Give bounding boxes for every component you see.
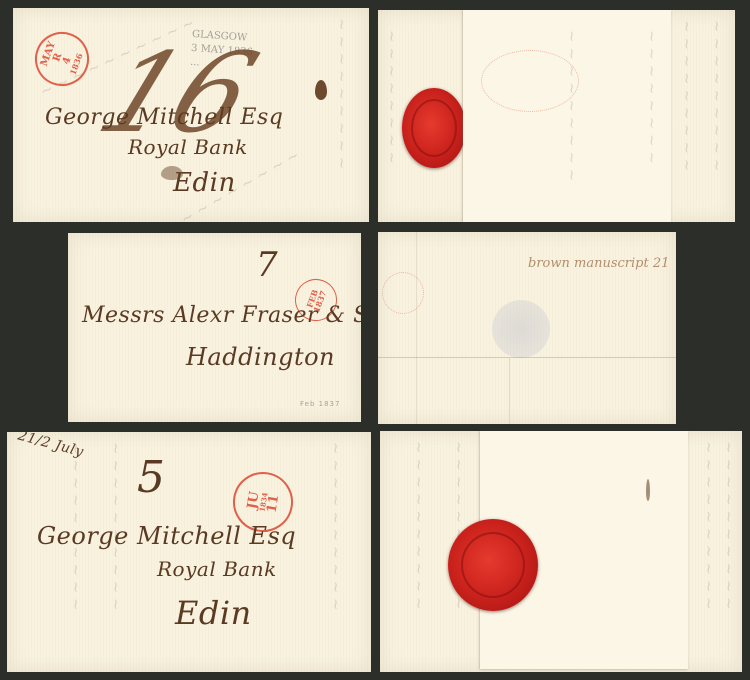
show-through-writing: ~ ~ ~ ~ ~ ~ ~ ~ ~ bbox=[678, 20, 696, 171]
ink-smudge bbox=[161, 166, 183, 180]
red-wax-seal bbox=[402, 88, 466, 168]
ink-blot bbox=[315, 80, 327, 100]
fold-line-horizontal bbox=[378, 357, 676, 358]
letter-1-back: ~ ~ ~ ~ ~ ~ ~ ~ ~ ~ ~ ~ ~ ~ ~ ~ ~ ~ ~ ~ … bbox=[378, 10, 735, 222]
letter-1-back-flap: ~ ~ ~ ~ ~ ~ ~ ~ ~ ~ ~ ~ ~ ~ ~ ~ ~ bbox=[463, 10, 671, 222]
address-line-name: George Mitchell Esq bbox=[45, 105, 283, 130]
address-line-town: Haddington bbox=[186, 343, 335, 371]
show-through-writing: ~ ~ ~ ~ ~ ~ ~ ~ ~ bbox=[333, 18, 351, 169]
faint-red-postmark bbox=[382, 272, 424, 314]
letter-1-front: ~ ~ ~ ~ ~ ~ ~ ~ ~ ~ ~ ~ ~ ~ ~ ~ ~ ~ ~ ~ … bbox=[13, 8, 369, 222]
address-line-name: George Mitchell Esq bbox=[37, 522, 296, 550]
fold-line-vertical bbox=[416, 232, 417, 424]
show-through-writing: ~ ~ ~ ~ ~ ~ ~ ~ ~ ~ bbox=[700, 441, 718, 610]
address-line-town: Edin bbox=[175, 594, 252, 632]
show-through-writing: ~ ~ ~ ~ ~ ~ ~ ~ ~ bbox=[563, 30, 581, 181]
letter-3-front: ~ ~ ~ ~ ~ ~ ~ ~ ~ ~ ~ ~ ~ ~ ~ ~ ~ ~ ~ ~ … bbox=[7, 432, 371, 672]
ink-stroke bbox=[646, 479, 650, 501]
letter-3-back: ~ ~ ~ ~ ~ ~ ~ ~ ~ ~ ~ ~ ~ ~ ~ ~ ~ ~ ~ ~ … bbox=[380, 431, 742, 672]
address-line-institution: Royal Bank bbox=[157, 557, 277, 581]
show-through-writing: ~ ~ ~ ~ ~ ~ ~ ~ ~ ~ bbox=[327, 442, 345, 611]
letter-2-front: 7 FEB 1837 Messrs Alexr Fraser & Son Had… bbox=[68, 233, 361, 422]
pencil-date-note: Feb 1837 bbox=[300, 400, 340, 408]
address-line-name: Messrs Alexr Fraser & Son bbox=[82, 303, 361, 328]
show-through-writing: ~ ~ ~ ~ ~ ~ ~ ~ ~ ~ bbox=[720, 441, 738, 610]
letter-2-back: brown manuscript 21 bbox=[378, 232, 676, 424]
side-date-note: 21/2 July bbox=[16, 432, 85, 460]
show-through-writing: ~ ~ ~ ~ ~ ~ ~ ~ ~ bbox=[708, 20, 726, 171]
manuscript-marking: brown manuscript 21 bbox=[528, 256, 669, 271]
fold-line-vertical bbox=[509, 358, 510, 424]
show-through-writing: ~ ~ ~ ~ ~ ~ ~ ~ bbox=[643, 30, 661, 164]
show-through-writing: ~ ~ ~ ~ ~ ~ ~ ~ bbox=[383, 30, 401, 164]
manuscript-rate-marking: 5 bbox=[137, 452, 165, 503]
manuscript-rate-marking: 7 bbox=[256, 245, 278, 285]
red-wax-seal bbox=[448, 519, 538, 611]
address-line-institution: Royal Bank bbox=[128, 135, 248, 159]
paper-wafer-seal bbox=[492, 300, 550, 358]
show-through-writing: ~ ~ ~ ~ ~ ~ ~ ~ ~ ~ bbox=[410, 441, 428, 610]
